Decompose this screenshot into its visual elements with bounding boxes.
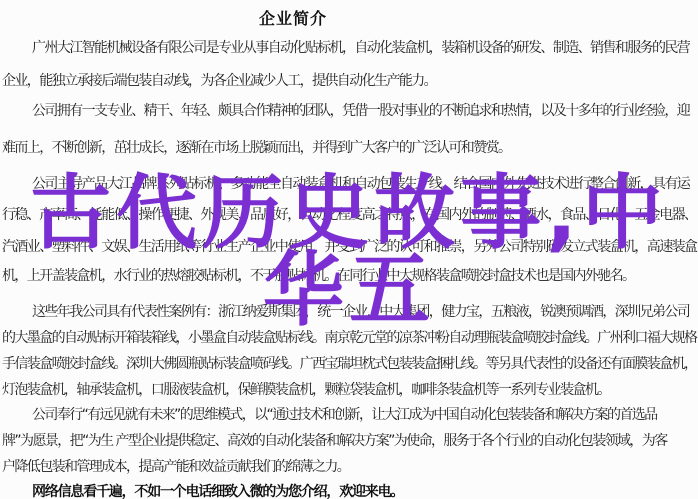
body-line: 广州大江智能机械设备有限公司是专业从事自动化贴标机，自动化装盒机，装箱机设备的研… bbox=[32, 40, 689, 56]
body-line: 牌”为愿景，把“为生 产型企业提供稳定、高效的自动化装备和解决方案”为使命，服务… bbox=[2, 433, 667, 449]
company-profile-page: 企业简介 广州大江智能机械设备有限公司是专业从事自动化贴标机，自动化装盒机，装箱… bbox=[0, 0, 698, 499]
body-line: 公司拥有一支专业、精干、年轻、颇具合作精神的团队，凭借一股对事业的不断追求和热情… bbox=[32, 103, 689, 119]
watermark-text: 古代历史故事,中 华五 bbox=[0, 176, 698, 330]
body-line: 户降低包装和管理成本，提高产能和效益贡献我们的绵薄之力。 bbox=[2, 459, 349, 475]
page-title: 企业简介 bbox=[259, 6, 327, 29]
body-line: 手信装盒喷胶封盒线。深圳大佛圆瓶贴标装盒喷码线。广西宝瑞坦枕式包装装盒捆扎线。等… bbox=[2, 356, 696, 372]
body-line: 公司奉行“有远见就有未来”的思维模式，以“通过技术和创新，让大江成为中国自动化包… bbox=[32, 407, 657, 423]
watermark-line-1: 古代历史故事,中 bbox=[0, 176, 698, 253]
body-line: 网络信息看千遍，不如一个电话细致入微的为您介绍，欢迎来电。 bbox=[32, 484, 403, 499]
watermark-line-2: 华五 bbox=[0, 253, 698, 330]
body-line: 企业，能独立承接后端包装自动线，为各企业减少人工，提供自动化生产能力。 bbox=[2, 73, 436, 89]
body-line: 灯泡装盒机，轴承装盒机，口服液装盒机，保鲜膜装盒机，颗粒袋装盒机，咖啡条装盒机等… bbox=[2, 382, 610, 398]
body-line: 难而上，不断创新，茁壮成长，逐渐在市场上脱颖而出，并得到广大客户的广泛认可和赞赏… bbox=[2, 140, 510, 156]
